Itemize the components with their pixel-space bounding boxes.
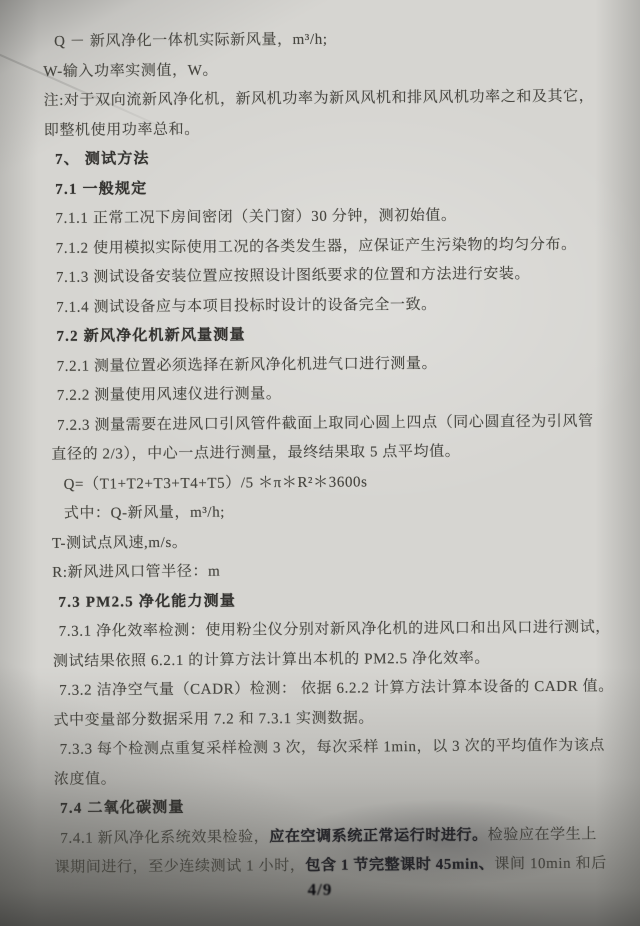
page-number: 4/9 xyxy=(0,880,640,900)
clause-7-4-1-l2-seg1: 课期间进行，至少连续测试 1 小时， xyxy=(55,858,306,876)
formula-note-r: R:新风进风口管半径：m xyxy=(44,554,618,588)
clause-7-4-1-l1-seg2-emphasized: 应在空调系统正常运行时进行。 xyxy=(269,827,488,845)
clause-7-3-3-line1: 7.3.3 每个检测点重复采样检测 3 次，每次采样 1min，以 3 次的平均… xyxy=(46,731,620,765)
clause-7-3-1-line1: 7.3.1 净化效率检测：使用粉尘仪分别对新风净化机的进风口和出风口进行测试， xyxy=(45,613,619,647)
heading-section-7-1: 7.1 一般规定 xyxy=(41,171,615,205)
clause-7-3-2-line2: 式中变量部分数据采用 7.2 和 7.3.1 实测数据。 xyxy=(45,702,619,736)
document-text-block: Q － 新风净化一体机实际新风量，m³/h; W-输入功率实测值，W。 注:对于… xyxy=(40,23,621,883)
clause-7-4-1-l1-seg1: 7.4.1 新风净化系统效果检验， xyxy=(60,829,269,847)
clause-7-3-1-line2: 测试结果依照 6.2.1 的计算方法计算出本机的 PM2.5 净化效率。 xyxy=(45,643,619,677)
clause-7-2-2: 7.2.2 测量使用风速仪进行测量。 xyxy=(43,377,617,411)
clause-7-1-1: 7.1.1 正常工况下房间密闭（关门窗）30 分钟，测初始值。 xyxy=(41,200,615,234)
scanned-document-page: Q － 新风净化一体机实际新风量，m³/h; W-输入功率实测值，W。 注:对于… xyxy=(0,0,640,926)
clause-7-2-1: 7.2.1 测量位置必须选择在新风净化机进气口进行测量。 xyxy=(43,348,617,382)
formula-q: Q=（T1+T2+T3+T4+T5）/5 ＊π＊R²＊3600s xyxy=(43,466,617,500)
heading-section-7-2: 7.2 新风净化机新风量测量 xyxy=(42,318,616,352)
clause-7-1-4: 7.1.4 测试设备应与本项目投标时设计的设备完全一致。 xyxy=(42,289,616,323)
clause-7-2-3-line2: 直径的 2/3），中心一点进行测量，最终结果取 5 点平均值。 xyxy=(43,436,617,470)
clause-7-4-1-l2-seg3: 课间 10min 和后 xyxy=(494,856,607,873)
clause-7-2-3-line1: 7.2.3 测量需要在进风口引风管件截面上取同心圆上四点（同心圆直径为引风管 xyxy=(43,407,617,441)
clause-7-3-2-line1: 7.3.2 洁净空气量（CADR）检测： 依据 6.2.2 计算方法计算本设备的… xyxy=(45,672,619,706)
heading-section-7-3: 7.3 PM2.5 净化能力测量 xyxy=(44,584,618,618)
heading-section-7-4: 7.4 二氧化碳测量 xyxy=(46,790,620,824)
line-q-definition: Q － 新风净化一体机实际新风量，m³/h; xyxy=(40,23,614,57)
heading-section-7: 7、 测试方法 xyxy=(41,141,615,175)
clause-7-1-2: 7.1.2 使用模拟实际使用工况的各类发生器，应保证产生污染物的均匀分布。 xyxy=(42,230,616,264)
note-line-2: 即整机使用功率总和。 xyxy=(41,112,615,146)
clause-7-3-3-line2: 浓度值。 xyxy=(46,761,620,795)
clause-7-4-1-line2: 课期间进行，至少连续测试 1 小时，包含 1 节完整课时 45min、课间 10… xyxy=(46,849,620,883)
clause-7-4-1-l2-seg2-emphasized: 包含 1 节完整课时 45min、 xyxy=(305,856,494,873)
line-w-definition: W-输入功率实测值，W。 xyxy=(40,53,614,87)
clause-7-4-1-line1: 7.4.1 新风净化系统效果检验，应在空调系统正常运行时进行。检验应在学生上 xyxy=(46,820,620,854)
note-line-1: 注:对于双向流新风净化机，新风机功率为新风风机和排风风机功率之和及其它， xyxy=(40,82,614,116)
formula-note-t: T-测试点风速,m/s。 xyxy=(44,525,618,559)
clause-7-4-1-l1-seg3: 检验应在学生上 xyxy=(488,826,597,843)
clause-7-1-3: 7.1.3 测试设备安装位置应按照设计图纸要求的位置和方法进行安装。 xyxy=(42,259,616,293)
formula-note-q: 式中：Q-新风量，m³/h; xyxy=(44,495,618,529)
